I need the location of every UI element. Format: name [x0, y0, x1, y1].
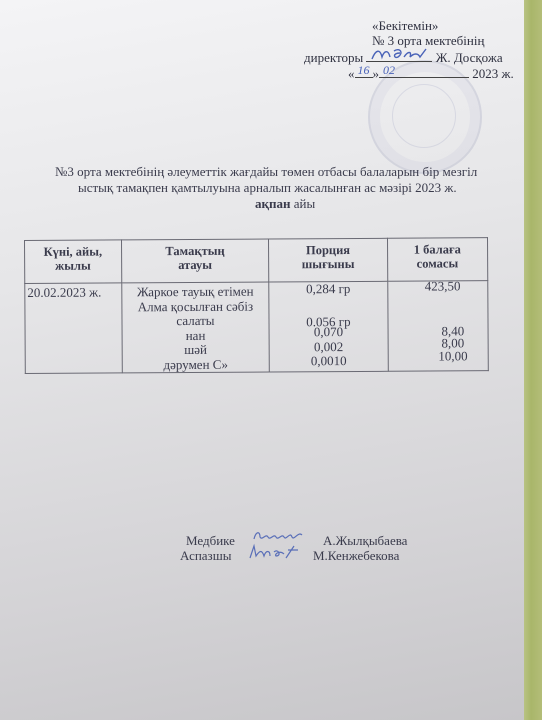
portion-item: 0,284 гр: [270, 282, 387, 297]
header-date: Күні, айы, жылы: [25, 240, 122, 284]
dish-item: дәрумен С»: [122, 357, 269, 372]
header-dish: Тамақтың атауы: [121, 239, 269, 283]
date-day: 16: [355, 65, 373, 78]
date-month: 02: [379, 65, 469, 78]
approval-position: директоры: [304, 50, 363, 65]
nurse-role: Медбике: [186, 533, 235, 548]
title-month: ақпан айы: [255, 196, 315, 211]
nurse-signature-row: Медбике А.Жылқыбаева: [180, 533, 440, 548]
signatures-block: Медбике А.Жылқыбаева Аспазшы М.Кенжебеко…: [180, 533, 440, 563]
cell-portions: 0,284 гр 0.056 гр 0,070 0,002 0,0010: [269, 281, 388, 372]
cell-dishes: Жаркое тауық етімен Алма қосылған сәбіз …: [121, 282, 269, 373]
title-line-2: ыстық тамақпен қамтылуына арналып жасалы…: [78, 180, 457, 195]
table-header-row: Күні, айы, жылы Тамақтың атауы Порция шы…: [25, 238, 488, 284]
background-wall: [524, 0, 542, 720]
menu-table: Күні, айы, жылы Тамақтың атауы Порция шы…: [24, 237, 489, 374]
director-name: Ж. Досқожа: [436, 50, 503, 65]
price-item: [388, 308, 488, 317]
table-row: 20.02.2023 ж. Жаркое тауық етімен Алма қ…: [25, 281, 489, 374]
cell-prices: 423,50 8,40 8,00 10,00: [387, 281, 488, 372]
portion-item: 0,0010: [270, 354, 387, 369]
header-portion: Порция шығыны: [269, 238, 387, 282]
month-name: ақпан: [255, 196, 290, 211]
nurse-name: А.Жылқыбаева: [323, 533, 407, 548]
cook-signature-row: Аспазшы М.Кенжебекова: [180, 548, 440, 563]
price-item: [388, 294, 488, 309]
date-year: 2023 ж.: [472, 66, 513, 81]
director-signature: [366, 49, 432, 62]
approval-date: «16»02 2023 ж.: [348, 65, 514, 81]
cook-name: М.Кенжебекова: [313, 548, 399, 563]
signature-scribble-icon: [370, 45, 430, 63]
portion-item: 0,070: [270, 325, 387, 340]
cook-role: Аспазшы: [180, 548, 231, 563]
dish-item: шәй: [122, 343, 269, 358]
approval-director-line: директоры Ж. Досқожа: [304, 49, 503, 65]
dish-item: салаты: [122, 314, 269, 329]
title-line-1: №3 орта мектебінің әлеуметтік жағдайы тө…: [55, 164, 477, 179]
cook-signature-scribble-icon: [246, 542, 304, 562]
approval-heading: «Бекітемін»: [372, 18, 438, 33]
portion-item: [270, 296, 387, 309]
dish-item: Жаркое тауық етімен: [122, 285, 269, 300]
price-item: 10,00: [388, 349, 488, 364]
price-item: 423,50: [388, 279, 488, 294]
header-price: 1 балаға сомасы: [387, 238, 488, 282]
cell-date: 20.02.2023 ж.: [25, 283, 122, 374]
